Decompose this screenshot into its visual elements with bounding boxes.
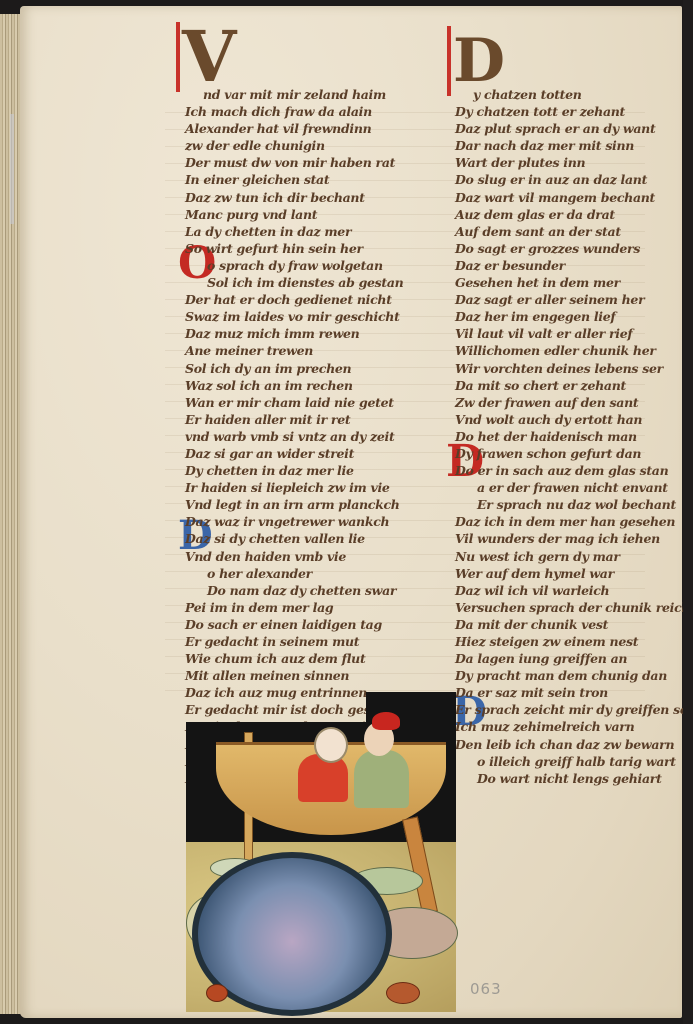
text-line: Er gedacht in seinem mut xyxy=(185,633,435,650)
initial-decorated-left: V xyxy=(176,22,236,92)
text-line: Do nam daz dy chetten swar xyxy=(185,582,435,599)
page-number: 063 xyxy=(470,980,502,998)
background-edge xyxy=(683,0,693,1024)
text-line: Er sprach nu daz wol bechant xyxy=(455,496,685,513)
text-line: So wirt gefurt hin sein her xyxy=(185,240,435,257)
text-line: o her alexander xyxy=(185,565,435,582)
text-line: Sol ich dy an im prechen xyxy=(185,360,435,377)
left-text-column: nd var mit mir zeland haim Ich mach dich… xyxy=(185,86,435,787)
text-line: Wie chum ich auz dem flut xyxy=(185,650,435,667)
text-line: Dy frawen schon gefurt dan xyxy=(455,445,685,462)
text-line: Ich mach dich fraw da alain xyxy=(185,103,435,120)
miniature-illustration xyxy=(186,692,456,1012)
text-line: Daz wart vil mangem bechant xyxy=(455,189,685,206)
text-line: Pei im in dem mer lag xyxy=(185,599,435,616)
text-line: Dar nach daz mer mit sinn xyxy=(455,137,685,154)
text-line: La dy chetten in daz mer xyxy=(185,223,435,240)
text-line: Do sach er einen laidigen tag xyxy=(185,616,435,633)
text-line: In einer gleichen stat xyxy=(185,171,435,188)
text-line: Nu west ich gern dy mar xyxy=(455,548,685,565)
text-line: Daz sagt er aller seinem her xyxy=(455,291,685,308)
text-line: Versuchen sprach der chunik reich xyxy=(455,599,685,616)
text-line: Da mit der chunik vest xyxy=(455,616,685,633)
text-line: Zw der frawen auf den sant xyxy=(455,394,685,411)
text-line: Sol ich im dienstes ab gestan xyxy=(185,274,435,291)
text-line: Dy chatzen tott er zehant xyxy=(455,103,685,120)
text-line: o illeich greiff halb tarig wart xyxy=(455,753,685,770)
text-line: Vnd den haiden vmb vie xyxy=(185,548,435,565)
text-line: Daz er besunder xyxy=(455,257,685,274)
text-line: Den leib ich chan daz zw bewarn xyxy=(455,736,685,753)
text-line: Da er saz mit sein tron xyxy=(455,684,685,701)
text-line: Er sprach zeicht mir dy greiffen schon xyxy=(455,701,685,718)
right-text-column: y chatzen totten Dy chatzen tott er zeha… xyxy=(455,86,685,787)
text-line: Do het der haidenisch man xyxy=(455,428,685,445)
red-hat xyxy=(372,712,400,730)
text-line: Daz ich in dem mer han gesehen xyxy=(455,513,685,530)
text-line: Auz dem glas er da drat xyxy=(455,206,685,223)
text-line: Wir vorchten deines lebens ser xyxy=(455,360,685,377)
text-line: Wart der plutes inn xyxy=(455,154,685,171)
text-line: nd var mit mir zeland haim xyxy=(185,86,435,103)
text-line: Daz si dy chetten vallen lie xyxy=(185,530,435,547)
sea-creature xyxy=(386,982,420,1004)
text-line: Wer auf dem hymel war xyxy=(455,565,685,582)
text-line: Alexander hat vil frewndinn xyxy=(185,120,435,137)
text-line: zw der edle chunigin xyxy=(185,137,435,154)
text-line: a er der frawen nicht envant xyxy=(455,479,685,496)
text-line: Daz waz ir vngetrewer wankch xyxy=(185,513,435,530)
text-line: o sprach dy fraw wolgetan xyxy=(185,257,435,274)
woman-head xyxy=(314,727,348,763)
text-line: Da lagen iung greiffen an xyxy=(455,650,685,667)
text-line: Wan er mir cham laid nie getet xyxy=(185,394,435,411)
text-line: Manc purg vnd lant xyxy=(185,206,435,223)
text-line: Do wart nicht lengs gehiart xyxy=(455,770,685,787)
text-line: Dy pracht man dem chunig dan xyxy=(455,667,685,684)
text-line: Do slug er in auz an daz lant xyxy=(455,171,685,188)
text-line: Ir haiden si liepleich zw im vie xyxy=(185,479,435,496)
text-line: Daz plut sprach er an dy want xyxy=(455,120,685,137)
text-line: Mit allen meinen sinnen xyxy=(185,667,435,684)
text-line: Do sagt er grozzes wunders xyxy=(455,240,685,257)
text-line: Er haiden aller mit ir ret xyxy=(185,411,435,428)
text-line: Ane meiner trewen xyxy=(185,342,435,359)
text-line: Daz zw tun ich dir bechant xyxy=(185,189,435,206)
crayfish xyxy=(206,984,228,1002)
man-in-green-robe xyxy=(354,750,409,808)
text-line: Da mit so chert er zehant xyxy=(455,377,685,394)
text-line: vnd warb vmb si vntz an dy zeit xyxy=(185,428,435,445)
text-line: Hiez steigen zw einem nest xyxy=(455,633,685,650)
text-line: Der must dw von mir haben rat xyxy=(185,154,435,171)
text-line: Vnd legt in an irn arm planckch xyxy=(185,496,435,513)
text-line: Waz sol ich an im rechen xyxy=(185,377,435,394)
text-line: Daz si gar an wider streit xyxy=(185,445,435,462)
text-line: Ich muz zehimelreich varn xyxy=(455,718,685,735)
text-line: Daz her im engegen lief xyxy=(455,308,685,325)
text-line: Swaz im laides vo mir geschicht xyxy=(185,308,435,325)
text-line: Gesehen het in dem mer xyxy=(455,274,685,291)
text-line: Willichomen edler chunik her xyxy=(455,342,685,359)
text-line: Do er in sach auz dem glas stan xyxy=(455,462,685,479)
text-line: Auf dem sant an der stat xyxy=(455,223,685,240)
text-line: Vnd wolt auch dy ertott han xyxy=(455,411,685,428)
text-line: y chatzen totten xyxy=(455,86,685,103)
text-line: Daz muz mich imm rewen xyxy=(185,325,435,342)
text-line: Vil wunders der mag ich iehen xyxy=(455,530,685,547)
text-line: Der hat er doch gedienet nicht xyxy=(185,291,435,308)
text-line: Daz wil ich vil warleich xyxy=(455,582,685,599)
text-line: Dy chetten in daz mer lie xyxy=(185,462,435,479)
text-line: Vil laut vil valt er aller rief xyxy=(455,325,685,342)
